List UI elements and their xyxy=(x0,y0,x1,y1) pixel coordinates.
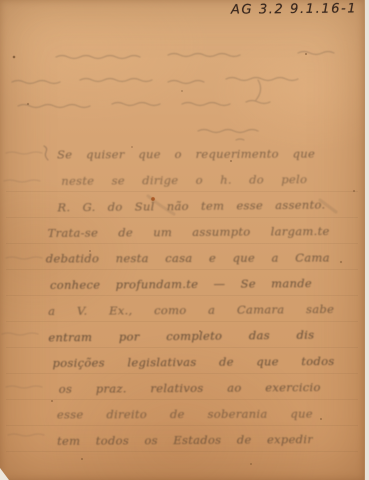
margin-ghost xyxy=(6,386,42,388)
faint-line xyxy=(246,101,270,104)
faint-line xyxy=(168,54,240,57)
faint-line xyxy=(198,130,258,133)
faint-line xyxy=(256,80,261,100)
faint-line xyxy=(56,56,140,59)
handwriting-line: Trata-se de um assumpto largam.te xyxy=(47,218,329,246)
margin-ghost xyxy=(6,152,42,154)
handwriting-line: a V. Ex., como a Camara sabe xyxy=(48,296,334,324)
handwriting-line: posições legislativas de que todos xyxy=(52,348,334,376)
photograph-background: AG 3.2 9.1.16-1 xyxy=(0,0,369,480)
handwriting-line: Se quiser que o requerimento que xyxy=(57,141,315,168)
handwriting-line: R. G. do Sul não tem esse assento. xyxy=(57,192,325,221)
letter-page: AG 3.2 9.1.16-1 xyxy=(0,0,365,480)
margin-ghost xyxy=(4,180,40,182)
margin-ghost xyxy=(6,257,42,259)
paper-corner xyxy=(0,468,9,480)
handwriting-line: conhece profundam.te — Se mande xyxy=(50,270,312,298)
faint-line xyxy=(168,81,204,84)
faint-line xyxy=(226,78,298,81)
faint-line xyxy=(182,103,230,106)
margin-ghost xyxy=(2,333,38,335)
margin-ghost xyxy=(8,434,44,436)
handwriting-body: Se quiser que o requerimento que neste s… xyxy=(45,140,339,454)
handwriting-line: esse direito de soberania que xyxy=(57,401,313,428)
faint-line xyxy=(12,81,60,84)
faint-line xyxy=(298,52,334,55)
handwriting-line: entram por completo das dis xyxy=(48,322,314,351)
handwriting-line: debatido nesta casa e que a Cama xyxy=(46,245,330,272)
handwriting-line: neste se dirige o h. do pelo xyxy=(61,166,307,194)
faint-line xyxy=(80,79,152,82)
faint-line xyxy=(18,105,90,108)
handwriting-line: os praz. relativos ao exercicio xyxy=(59,374,321,402)
faint-line xyxy=(112,103,160,106)
handwriting-line: tem todos os Estados de expedir xyxy=(57,426,313,454)
